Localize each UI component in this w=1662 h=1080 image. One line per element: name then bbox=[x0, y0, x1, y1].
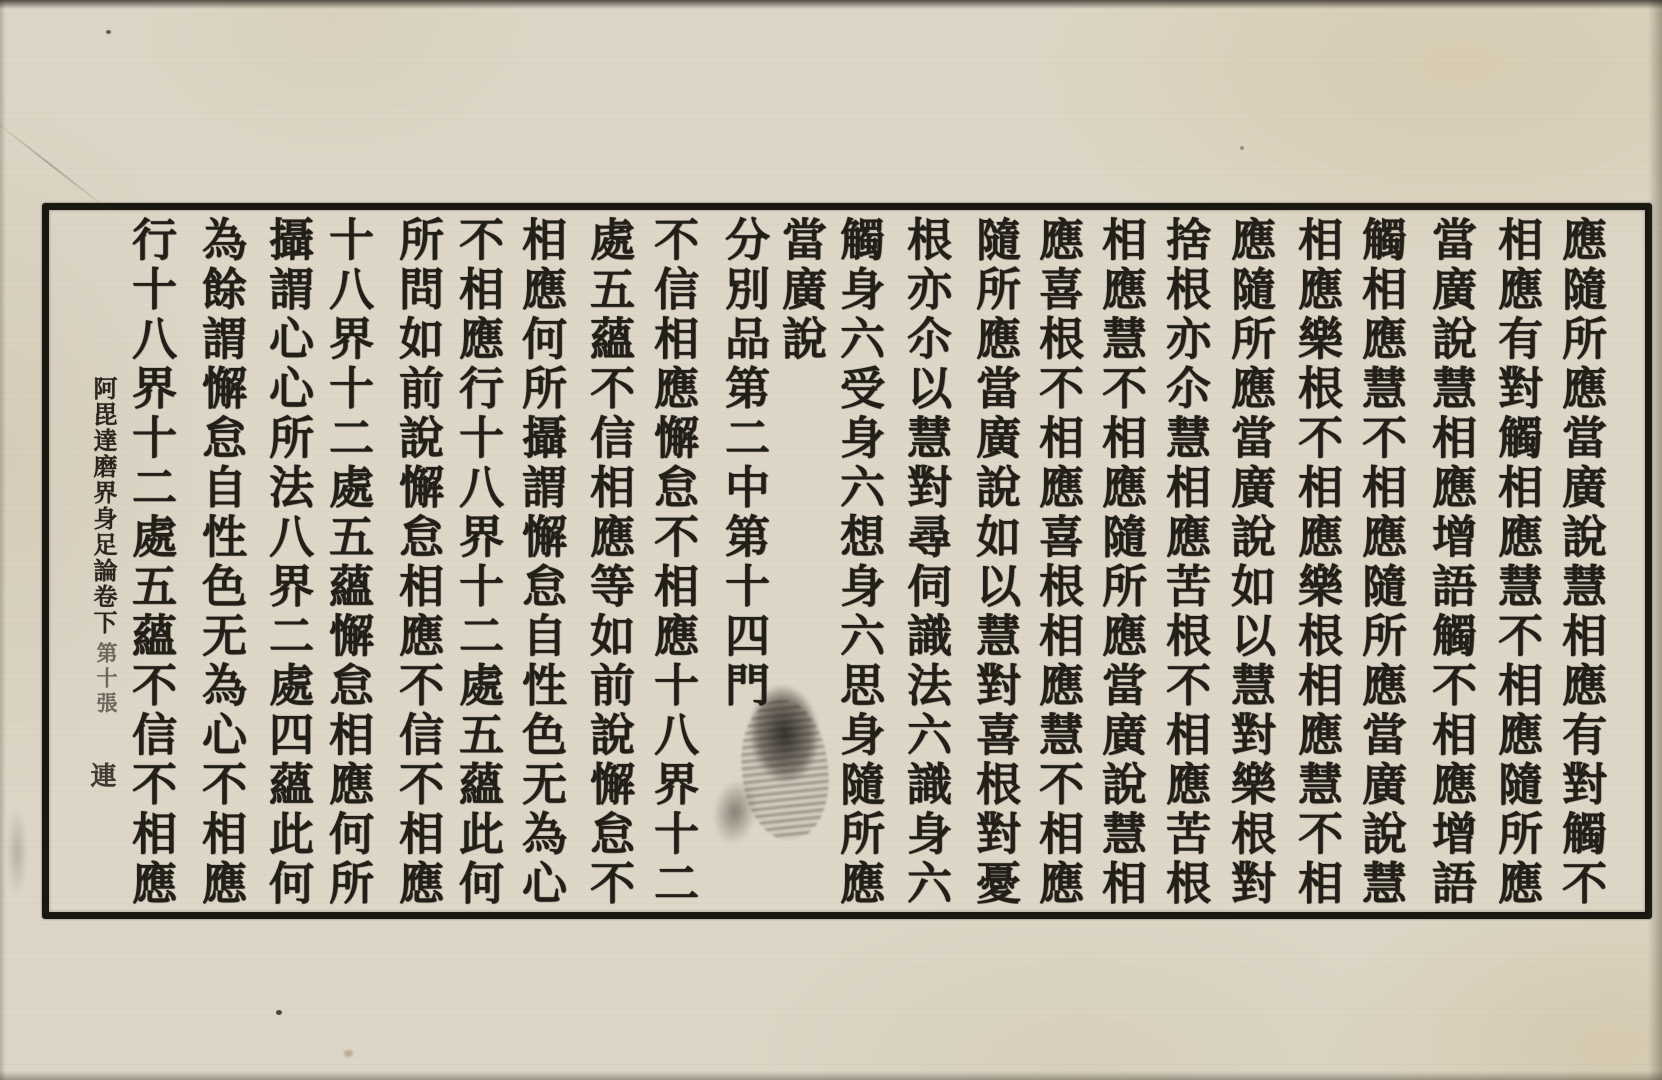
text-column: 捨根亦尒慧相應苦根不相應苦根 bbox=[1153, 216, 1215, 916]
text-column: 當廣說慧相應增語觸不相應增語 bbox=[1419, 216, 1481, 916]
text-column: 相應慧不相應隨所應當廣說慧相 bbox=[1089, 216, 1151, 916]
ink-speck bbox=[276, 1010, 282, 1015]
text-column: 行十八界十二處五蘊不信不相應 bbox=[119, 216, 181, 916]
ink-speck bbox=[1240, 146, 1244, 150]
colophon-end-mark: 連 bbox=[84, 762, 118, 788]
text-column: 當廣說 bbox=[769, 216, 831, 916]
text-column: 為餘謂懈怠自性色无為心不相應 bbox=[189, 216, 251, 916]
text-column: 處五蘊不信相應等如前說懈怠不 bbox=[577, 216, 639, 916]
text-column: 不信相應懈怠不相應十八界十二 bbox=[641, 216, 703, 916]
text-column: 根亦尒以慧對尋伺識法六識身六 bbox=[894, 216, 956, 916]
text-column: 應隨所應當廣說慧相應有對觸不 bbox=[1549, 216, 1611, 916]
text-column: 觸身六受身六想身六思身隨所應 bbox=[827, 216, 889, 916]
ink-speck bbox=[106, 30, 111, 34]
paper-crease bbox=[0, 118, 111, 212]
text-column: 所問如前說懈怠相應不信不相應 bbox=[386, 216, 448, 916]
text-column: 相應樂根不相應樂根相應慧不相 bbox=[1285, 216, 1347, 916]
scanned-page: 應隨所應當廣說慧相應有對觸不 相應有對觸相應慧不相應隨所應 當廣說慧相應增語觸不… bbox=[0, 0, 1662, 1080]
text-column: 十八界十二處五蘊懈怠相應何所 bbox=[316, 216, 378, 916]
text-column: 應隨所應當廣說如以慧對樂根對 bbox=[1218, 216, 1280, 916]
colophon-sheet-number: 第十張 bbox=[87, 642, 121, 717]
text-column: 攝謂心心所法八界二處四蘊此何 bbox=[256, 216, 318, 916]
text-column: 相應何所攝謂懈怠自性色无為心 bbox=[509, 216, 571, 916]
colophon-title: 阿毘達磨界身足論卷下 bbox=[85, 376, 119, 636]
text-column: 應喜根不相應喜根相應慧不相應 bbox=[1026, 216, 1088, 916]
text-column: 相應有對觸相應慧不相應隨所應 bbox=[1485, 216, 1547, 916]
section-heading-column: 分別品第二中第十四門 bbox=[712, 216, 774, 916]
stain-speck bbox=[344, 1050, 353, 1057]
edge-smear bbox=[4, 798, 30, 906]
text-column: 不相應行十八界十二處五蘊此何 bbox=[446, 216, 508, 916]
text-column: 觸相應慧不相應隨所應當廣說慧 bbox=[1349, 216, 1411, 916]
text-column: 隨所應當廣說如以慧對喜根對憂 bbox=[963, 216, 1025, 916]
